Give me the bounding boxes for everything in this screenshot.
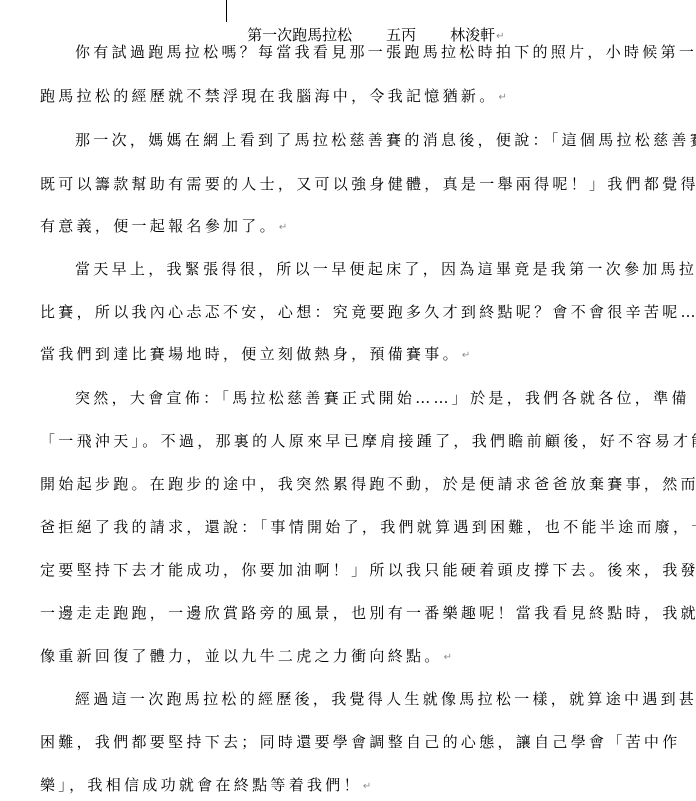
line-text: 像重新回復了體力，並以九牛二虎之力衝向終點。 (40, 647, 443, 665)
line-text: 跑馬拉松的經歷就不禁浮現在我腦海中，令我記憶猶新。 (40, 87, 498, 105)
text-line: 那一次，媽媽在網上看到了馬拉松慈善賽的消息後，便說：「這個馬拉松慈善賽 (75, 130, 696, 150)
line-text: 爸拒絕了我的請求，還說：「事情開始了，我們就算遇到困難，也不能半途而廢，一 (40, 518, 696, 536)
text-line: 困難，我們都要堅持下去；同時還要學會調整自己的心態，讓自己學會「苦中作 (40, 732, 681, 752)
line-text: 突然，大會宣佈：「馬拉松慈善賽正式開始……」於是，我們各就各位，準備 (75, 389, 690, 407)
line-text: 比賽，所以我內心忐忑不安，心想：究竟要跑多久才到終點呢？會不會很辛苦呢…… (40, 303, 696, 321)
line-text: 當我們到達比賽場地時，便立刻做熱身，預備賽事。 (40, 345, 461, 363)
line-text: 既可以籌款幫助有需要的人士，又可以強身健體，真是一舉兩得呢！」我們都覺得很 (40, 175, 696, 193)
text-line: 「一飛沖天」。不過，那裏的人原來早已摩肩接踵了，我們瞻前顧後，好不容易才能 (40, 431, 696, 451)
paragraph-mark-icon: ↵ (499, 92, 511, 103)
paragraph-mark-icon: ↵ (462, 350, 474, 361)
text-line: 跑馬拉松的經歷就不禁浮現在我腦海中，令我記憶猶新。↵ (40, 86, 510, 106)
line-text: 困難，我們都要堅持下去；同時還要學會調整自己的心態，讓自己學會「苦中作 (40, 733, 681, 751)
line-text: 樂」，我相信成功就會在終點等着我們！ (40, 776, 362, 794)
text-line: 經過這一次跑馬拉松的經歷後，我覺得人生就像馬拉松一樣，就算途中遇到甚麼 (75, 689, 696, 709)
text-line: 開始起步跑。在跑步的途中，我突然累得跑不動，於是便請求爸爸放棄賽事，然而爸 (40, 474, 696, 494)
text-line: 有意義，便一起報名參加了。↵ (40, 216, 291, 236)
text-line: 樂」，我相信成功就會在終點等着我們！↵ (40, 775, 375, 795)
text-line: 既可以籌款幫助有需要的人士，又可以強身健體，真是一舉兩得呢！」我們都覺得很 (40, 174, 696, 194)
line-text: 「一飛沖天」。不過，那裏的人原來早已摩肩接踵了，我們瞻前顧後，好不容易才能 (40, 432, 696, 450)
text-line: 定要堅持下去才能成功，你要加油啊！」所以我只能硬着頭皮撐下去。後來，我發現 (40, 560, 696, 580)
line-text: 有意義，便一起報名參加了。 (40, 217, 278, 235)
text-line: 當我們到達比賽場地時，便立刻做熱身，預備賽事。↵ (40, 344, 474, 364)
text-line: 像重新回復了體力，並以九牛二虎之力衝向終點。↵ (40, 646, 455, 666)
line-text: 定要堅持下去才能成功，你要加油啊！」所以我只能硬着頭皮撐下去。後來，我發現 (40, 561, 696, 579)
paragraph-mark-icon: ↵ (496, 31, 504, 42)
document-page[interactable]: 第一次跑馬拉松五丙林浚軒↵ 你有試過跑馬拉松嗎？每當我看見那一張跑馬拉松時拍下的… (0, 0, 696, 801)
line-text: 開始起步跑。在跑步的途中，我突然累得跑不動，於是便請求爸爸放棄賽事，然而爸 (40, 475, 696, 493)
paragraph-mark-icon: ↵ (363, 781, 375, 792)
line-text: 經過這一次跑馬拉松的經歷後，我覺得人生就像馬拉松一樣，就算途中遇到甚麼 (75, 690, 696, 708)
text-line: 當天早上，我緊張得很，所以一早便起床了，因為這畢竟是我第一次參加馬拉松 (75, 259, 696, 279)
line-text: 那一次，媽媽在網上看到了馬拉松慈善賽的消息後，便說：「這個馬拉松慈善賽 (75, 131, 696, 149)
text-line: 一邊走走跑跑，一邊欣賞路旁的風景，也別有一番樂趣呢！當我看見終點時，我就好 (40, 603, 696, 623)
text-line: 你有試過跑馬拉松嗎？每當我看見那一張跑馬拉松時拍下的照片，小時候第一次 (75, 42, 696, 62)
text-line: 爸拒絕了我的請求，還說：「事情開始了，我們就算遇到困難，也不能半途而廢，一 (40, 517, 696, 537)
document-title-line: 第一次跑馬拉松五丙林浚軒↵ (228, 2, 505, 24)
paragraph-mark-icon: ↵ (444, 652, 456, 663)
paragraph-mark-icon: ↵ (279, 222, 291, 233)
line-text: 當天早上，我緊張得很，所以一早便起床了，因為這畢竟是我第一次參加馬拉松 (75, 260, 696, 278)
line-text: 你有試過跑馬拉松嗎？每當我看見那一張跑馬拉松時拍下的照片，小時候第一次 (75, 43, 696, 61)
text-cursor (226, 0, 227, 22)
text-line: 突然，大會宣佈：「馬拉松慈善賽正式開始……」於是，我們各就各位，準備 (75, 388, 690, 408)
text-line: 比賽，所以我內心忐忑不安，心想：究竟要跑多久才到終點呢？會不會很辛苦呢…… (40, 302, 696, 322)
line-text: 一邊走走跑跑，一邊欣賞路旁的風景，也別有一番樂趣呢！當我看見終點時，我就好 (40, 604, 696, 622)
